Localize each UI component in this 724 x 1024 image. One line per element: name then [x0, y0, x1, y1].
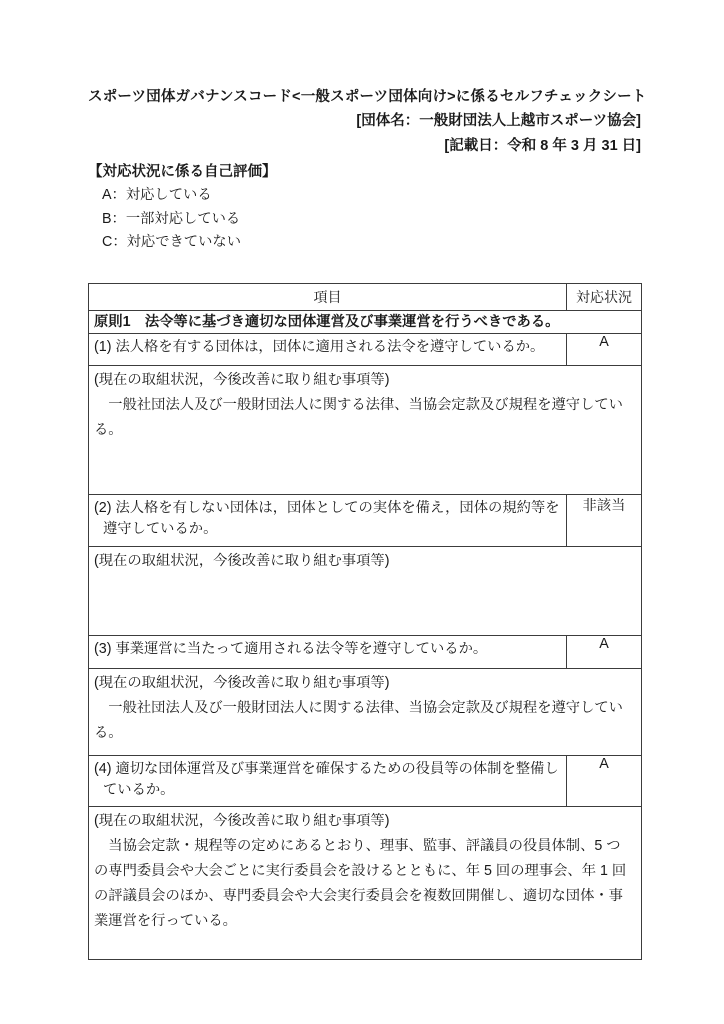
note-label-3: (現在の取組状況，今後改善に取り組む事項等) [94, 671, 631, 696]
question-row-4: (4) 適切な団体運営及び事業運営を確保するための役員等の体制を整備しているか。… [89, 755, 642, 806]
principle-title: 原則1 法令等に基づき適切な団体運営及び事業運営を行うべきである。 [89, 310, 642, 333]
note-body-1: 一般社団法人及び一般財団法人に関する法律、当協会定款及び規程を遵守している。 [94, 393, 631, 443]
status-value-4: A [567, 755, 642, 806]
self-evaluation-legend: 【対応状況に係る自己評価】 A：対応している B：一部対応している C：対応でき… [88, 160, 641, 255]
legend-item-a: A：対応している [102, 184, 641, 208]
note-label-1: (現在の取組状況，今後改善に取り組む事項等) [94, 368, 631, 393]
column-header-status: 対応状況 [567, 283, 642, 310]
self-check-sheet: スポーツ団体ガバナンスコード<一般スポーツ団体向け>に係るセルフチェックシート … [0, 0, 724, 960]
question-text-4: (4) 適切な団体運営及び事業運営を確保するための役員等の体制を整備しているか。 [89, 755, 567, 806]
status-value-1: A [567, 333, 642, 365]
note-row-1: (現在の取組状況，今後改善に取り組む事項等) 一般社団法人及び一般財団法人に関す… [89, 365, 642, 494]
question-text-1: (1) 法人格を有する団体は，団体に適用される法令を遵守しているか。 [89, 333, 567, 365]
page-title: スポーツ団体ガバナンスコード<一般スポーツ団体向け>に係るセルフチェックシート [88, 86, 641, 109]
note-body-3: 一般社団法人及び一般財団法人に関する法律、当協会定款及び規程を遵守している。 [94, 696, 631, 746]
legend-item-b: B：一部対応している [102, 208, 641, 232]
legend-item-c: C：対応できていない [102, 231, 641, 255]
org-name-line: [団体名：一般財団法人上越市スポーツ協会] [88, 109, 641, 134]
note-row-4: (現在の取組状況，今後改善に取り組む事項等) 当協会定款・規程等の定めにあるとお… [89, 806, 642, 959]
note-label-2: (現在の取組状況，今後改善に取り組む事項等) [94, 549, 631, 574]
table-header-row: 項目 対応状況 [89, 283, 642, 310]
column-header-item: 項目 [89, 283, 567, 310]
question-text-3: (3) 事業運営に当たって適用される法令等を遵守しているか。 [89, 635, 567, 668]
status-value-3: A [567, 635, 642, 668]
question-text-2: (2) 法人格を有しない団体は，団体としての実体を備え，団体の規約等を遵守してい… [89, 494, 567, 546]
note-body-4: 当協会定款・規程等の定めにあるとおり、理事、監事、評議員の役員体制、5 つの専門… [94, 834, 631, 934]
question-row-3: (3) 事業運営に当たって適用される法令等を遵守しているか。 A [89, 635, 642, 668]
check-table: 項目 対応状況 原則1 法令等に基づき適切な団体運営及び事業運営を行うべきである… [88, 283, 642, 960]
status-value-2: 非該当 [567, 494, 642, 546]
record-date-line: [記載日：令和 8 年 3 月 31 日] [88, 134, 641, 159]
note-row-3: (現在の取組状況，今後改善に取り組む事項等) 一般社団法人及び一般財団法人に関す… [89, 668, 642, 755]
note-row-2: (現在の取組状況，今後改善に取り組む事項等) [89, 546, 642, 635]
question-row-1: (1) 法人格を有する団体は，団体に適用される法令を遵守しているか。 A [89, 333, 642, 365]
legend-heading: 【対応状況に係る自己評価】 [88, 160, 641, 184]
question-row-2: (2) 法人格を有しない団体は，団体としての実体を備え，団体の規約等を遵守してい… [89, 494, 642, 546]
principle-row: 原則1 法令等に基づき適切な団体運営及び事業運営を行うべきである。 [89, 310, 642, 333]
note-label-4: (現在の取組状況，今後改善に取り組む事項等) [94, 809, 631, 834]
